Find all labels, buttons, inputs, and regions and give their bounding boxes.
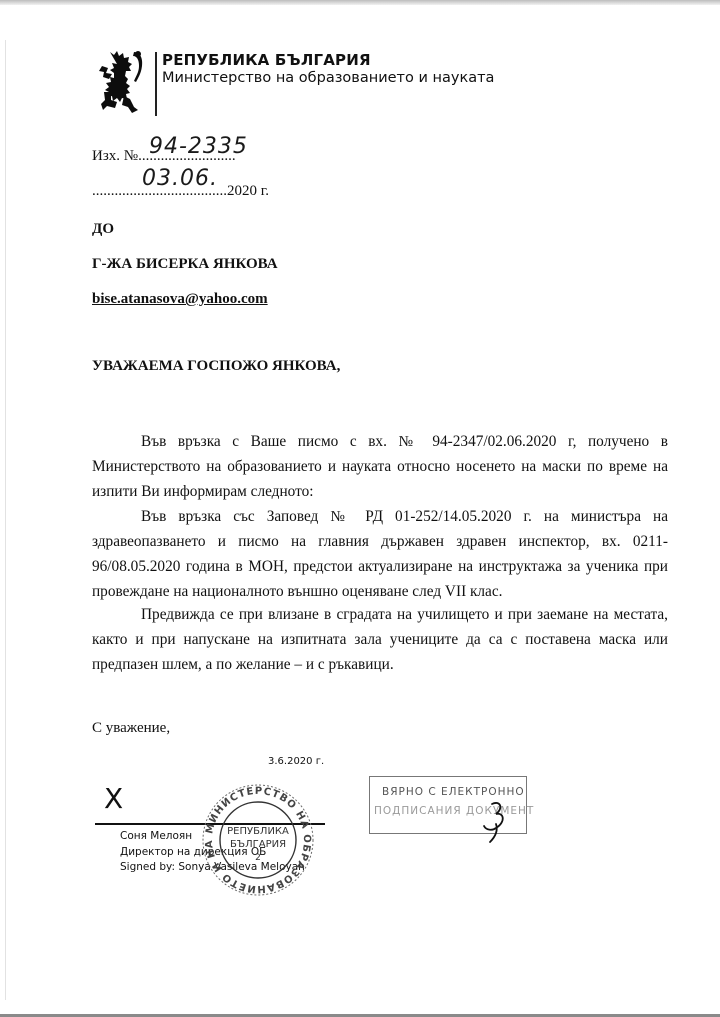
seal-center-number: 2 (255, 853, 261, 863)
recipient-name: Г-ЖА БИСЕРКА ЯНКОВА (92, 256, 278, 273)
signer-name: Соня Мелоян (120, 830, 192, 842)
signature-date: 3.6.2020 г. (268, 756, 324, 767)
stamp-line-1: ВЯРНО С ЕЛЕКТРОННО (382, 786, 525, 798)
outgoing-number-handwritten: 94-2335 (149, 134, 248, 159)
lion-coat-of-arms-icon (96, 48, 148, 116)
scan-left-edge (5, 40, 6, 1000)
body-paragraph-3: Предвижда се при влизане в сградата на у… (92, 602, 668, 677)
ministry-seal-stamp: МИНИСТЕРСТВО НА ОБРАЗОВАНИЕТО И НАУКАТА … (200, 782, 316, 898)
salutation: УВАЖАЕМА ГОСПОЖО ЯНКОВА, (92, 358, 340, 375)
outgoing-label: Изх. № (92, 148, 138, 164)
letterhead-subtitle: Министерство на образованието и науката (162, 70, 494, 86)
scan-top-edge (0, 0, 720, 5)
body-paragraph-2: Във връзка със Заповед № РД 01-252/14.05… (92, 504, 668, 604)
seal-center-line-2: БЪЛГАРИЯ (230, 839, 286, 850)
body-paragraph-1: Във връзка с Ваше писмо с вх. № 94-2347/… (92, 429, 668, 504)
handwritten-initials (478, 800, 512, 844)
signature-mark: X (104, 782, 123, 815)
recipient-email-link[interactable]: bise.atanasova@yahoo.com (92, 291, 268, 308)
date-handwritten: 03.06. (142, 166, 218, 191)
date-year: 2020 г. (227, 183, 269, 199)
closing: С уважение, (92, 720, 170, 737)
recipient-to: ДО (92, 221, 114, 238)
seal-center-line-1: РЕПУБЛИКА (227, 826, 289, 837)
letterhead-title: РЕПУБЛИКА БЪЛГАРИЯ (162, 51, 371, 69)
letterhead-divider (155, 52, 157, 116)
